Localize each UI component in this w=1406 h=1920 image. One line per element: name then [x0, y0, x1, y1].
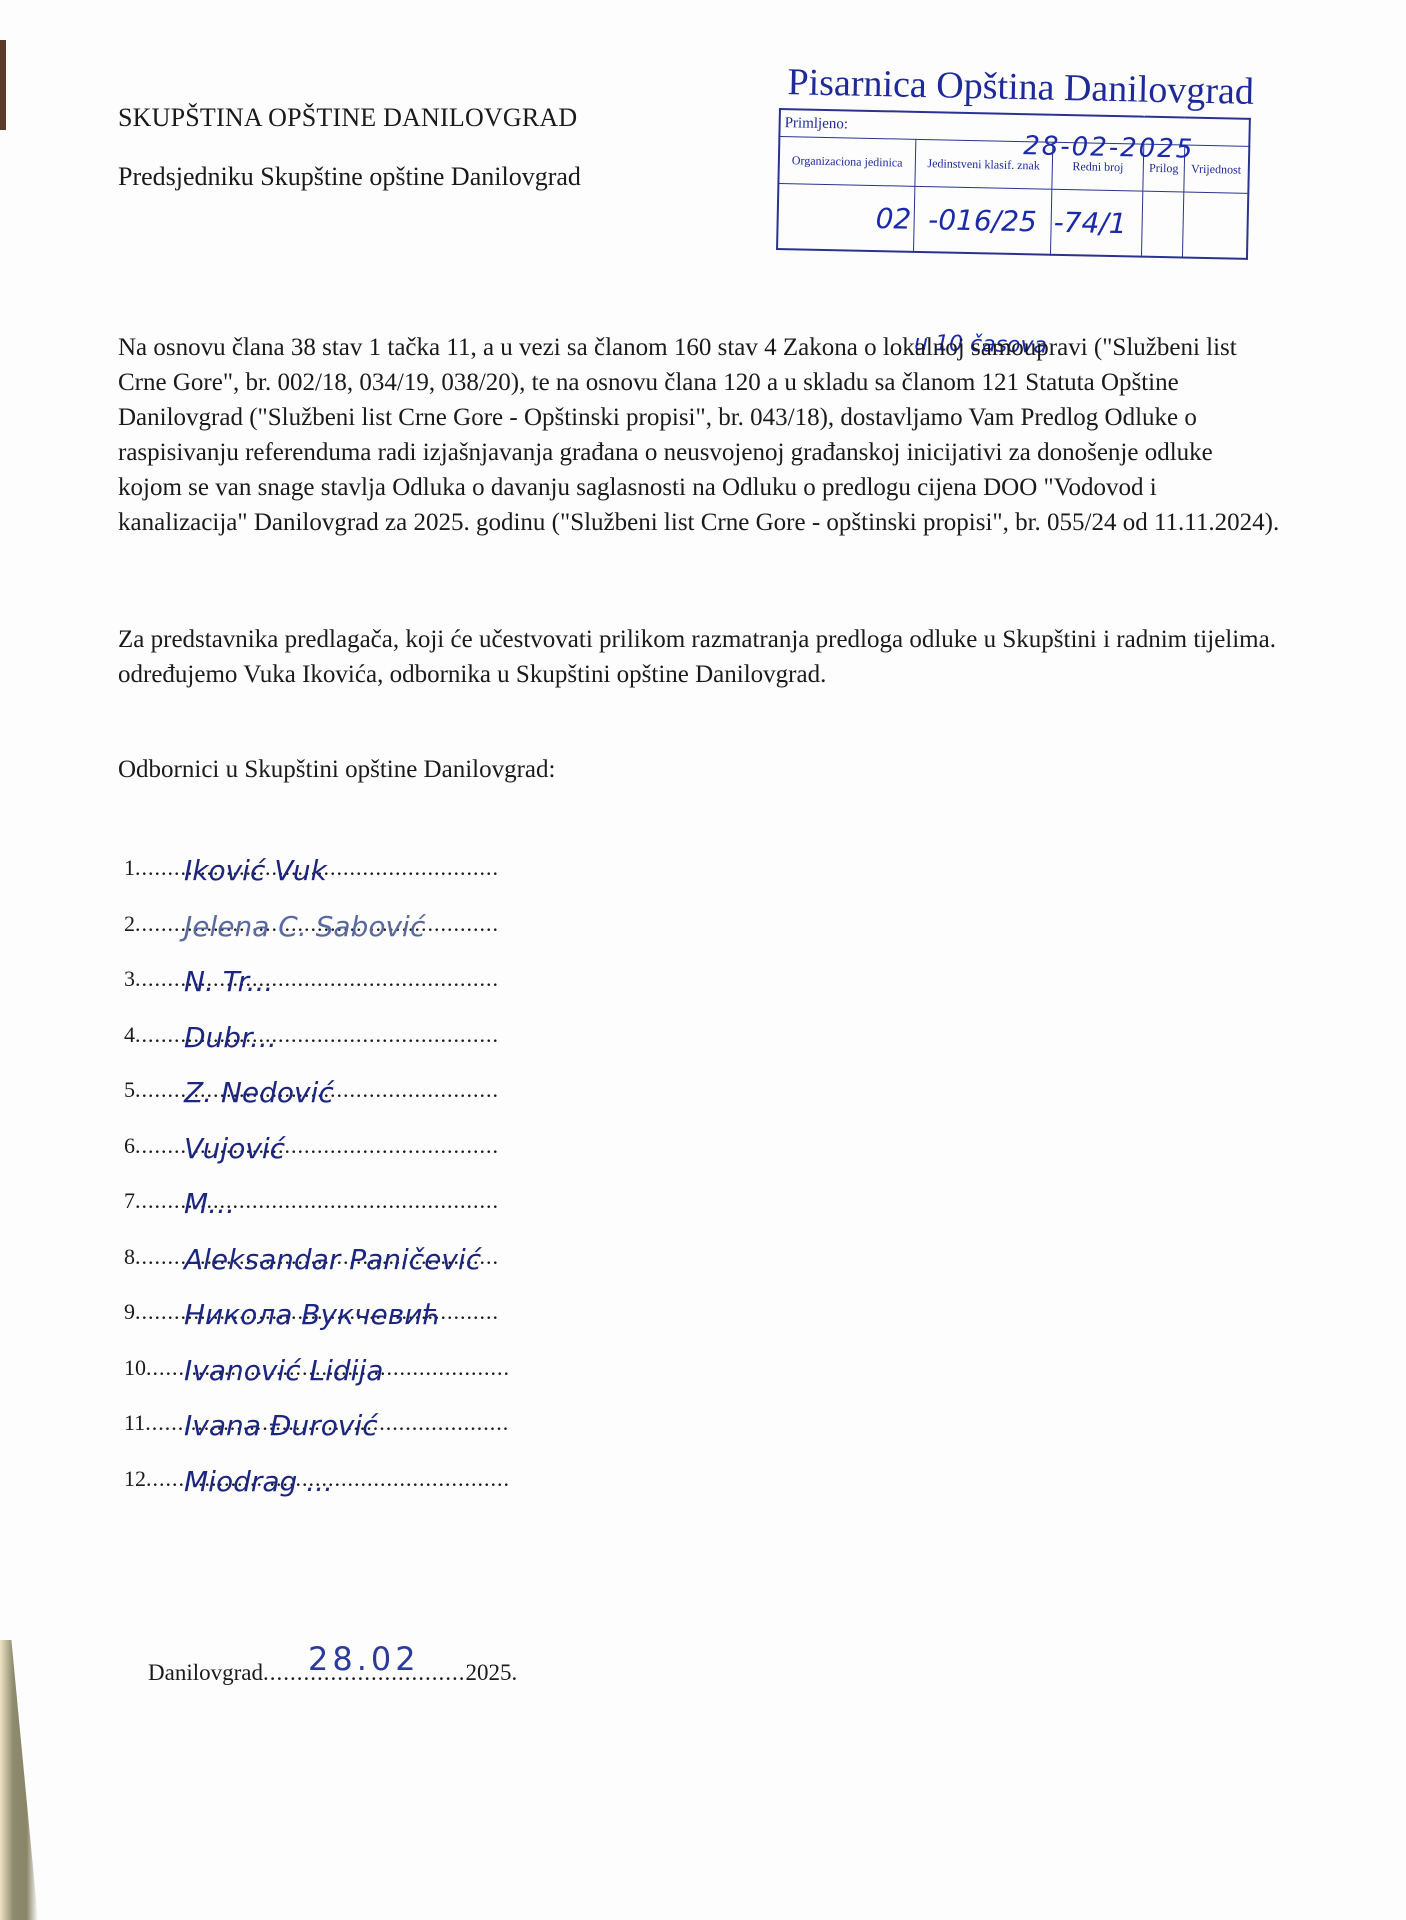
stamp-val-serial-no: -74/1 [1050, 189, 1143, 256]
handwritten-signature: Ivanović Lidija [184, 1354, 383, 1387]
handwritten-signature: Iković Vuk [184, 854, 327, 887]
handwritten-signature: Jelena C. Sabović [184, 910, 425, 943]
signature-number: 1 [124, 855, 135, 880]
handwritten-signature: Никола Вукчевић [184, 1298, 441, 1331]
date-year: 2025. [465, 1660, 517, 1685]
stamp-table: Primljeno: Organizaciona jedinica Jedins… [776, 108, 1251, 260]
signature-number: 9 [124, 1299, 135, 1324]
signature-number: 7 [124, 1188, 135, 1213]
stamp-val-class-mark: -016/25 [913, 186, 1052, 254]
scan-edge-bottom [0, 1640, 38, 1920]
scan-edge-top [0, 40, 6, 130]
handwritten-signature: Dubr... [184, 1021, 277, 1054]
signature-row: 4.......................................… [124, 1022, 499, 1062]
addressee-line: Predsjedniku Skupštine opštine Danilovgr… [118, 162, 581, 192]
stamp-val-value [1182, 192, 1248, 259]
institution-heading: SKUPŠTINA OPŠTINE DANILOVGRAD [118, 103, 577, 133]
place-name: Danilovgrad [148, 1660, 263, 1685]
signature-number: 6 [124, 1133, 135, 1158]
body-paragraph-legal-basis: Na osnovu člana 38 stav 1 tačka 11, a u … [118, 330, 1280, 540]
signature-row: 11......................................… [124, 1410, 509, 1450]
signature-row: 1.......................................… [124, 855, 499, 895]
signature-number: 2 [124, 911, 135, 936]
stamp-val-attachment [1142, 191, 1184, 257]
signature-number: 8 [124, 1244, 135, 1269]
signature-number: 10 [124, 1355, 146, 1380]
signature-number: 3 [124, 966, 135, 991]
place-date-line: Danilovgrad.............................… [148, 1660, 517, 1686]
stamp-title: Pisarnica Opština Danilovgrad [787, 60, 1260, 114]
handwritten-signature: Vujović [184, 1132, 285, 1165]
body-paragraph-representative: Za predstavnika predlagača, koji će učes… [118, 622, 1280, 692]
handwritten-date: 28.02 [308, 1640, 420, 1678]
handwritten-signature: Ivana Đurović [184, 1409, 378, 1442]
signature-row: 12......................................… [124, 1466, 510, 1506]
handwritten-signature: Z. Nedović [184, 1076, 334, 1109]
stamp-col-org-unit: Organizaciona jedinica [778, 137, 915, 187]
signature-number: 5 [124, 1077, 135, 1102]
signature-number: 4 [124, 1022, 135, 1047]
handwritten-signature: Miodrag ... [184, 1465, 333, 1498]
stamp-received-date: 28-02-2025 [1023, 131, 1195, 165]
handwritten-signature: M... [184, 1187, 235, 1220]
signature-number: 11 [124, 1410, 145, 1435]
registry-stamp: Pisarnica Opština Danilovgrad Primljeno:… [776, 60, 1260, 260]
stamp-val-org-unit: 02 [777, 183, 914, 251]
signature-row: 3.......................................… [124, 966, 499, 1006]
signature-row: 2.......................................… [124, 911, 499, 951]
signature-row: 6.......................................… [124, 1133, 499, 1173]
signature-row: 10......................................… [124, 1355, 510, 1395]
signature-row: 8.......................................… [124, 1244, 499, 1284]
signature-row: 5.......................................… [124, 1077, 499, 1117]
signature-row: 7.......................................… [124, 1188, 499, 1228]
signatories-heading: Odbornici u Skupštini opštine Danilovgra… [118, 752, 1280, 787]
signature-row: 9.......................................… [124, 1299, 499, 1339]
signature-number: 12 [124, 1466, 146, 1491]
handwritten-signature: Aleksandar Paničević [184, 1243, 481, 1276]
handwritten-signature: N. Tr... [184, 965, 273, 998]
